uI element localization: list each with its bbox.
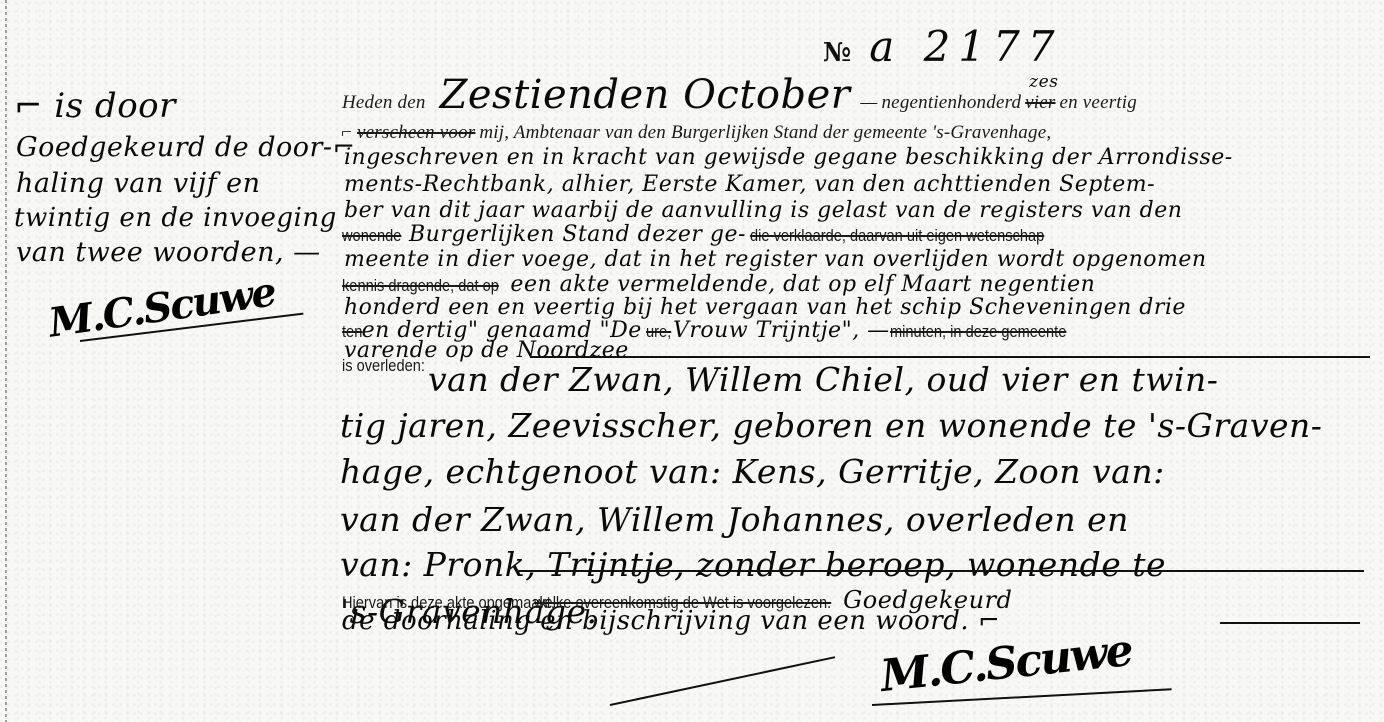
struck-verklaarde: die verklaarde, daarvan uit eigen wetens…: [750, 226, 1044, 246]
margin-rule: [5, 0, 7, 722]
official-line: ⌐ verscheen voor mij, Ambtenaar van den …: [340, 122, 1051, 144]
printed-heden-den: Heden den: [342, 92, 426, 113]
margin-note-line: haling van vijf en: [16, 168, 261, 199]
handwritten-line: ber van dit jaar waarbij de aanvulling i…: [344, 198, 1182, 223]
handwritten-line: meente in dier voege, dat in het registe…: [344, 247, 1207, 272]
struck-minuten: minuten, in deze gemeente: [890, 322, 1066, 342]
inserted-word-zes: zes: [1029, 72, 1058, 92]
handwritten-doorhaling: de doorhaling en bijschrijving van een w…: [342, 606, 1000, 636]
fill-line: [530, 356, 1370, 358]
dash: —: [860, 92, 877, 113]
record-number: № a 2177: [823, 22, 1063, 71]
handwritten-akte: een akte vermeldende, dat op elf Maart n…: [510, 272, 1095, 297]
deceased-line: van: Pronk, Trijntje, zonder beroep, won…: [340, 545, 1166, 584]
margin-note-line: ⌐ is door: [14, 86, 176, 126]
line-kennis: kennis dragende, dat op een akte vermeld…: [342, 272, 1095, 297]
handwritten-line: ments-Rechtbank, alhier, Eerste Kamer, v…: [344, 172, 1155, 197]
handwritten-date: Zestienden October: [440, 72, 851, 118]
margin-note-line: Goedgekeurd de door-⌐: [16, 132, 356, 163]
deceased-line: van der Zwan, Willem Chiel, oud vier en …: [428, 360, 1218, 399]
fill-line: [1220, 622, 1360, 624]
margin-note-line: twintig en de invoeging: [14, 203, 337, 233]
bracket-mark: ⌐: [340, 122, 353, 143]
date-line: Heden den Zestienden October — negentien…: [342, 72, 1137, 118]
struck-ure: ure,: [646, 322, 671, 342]
printed-en-veertig: en veertig: [1060, 92, 1137, 113]
deceased-line: hage, echtgenoot van: Kens, Gerritje, Zo…: [340, 452, 1165, 491]
fill-line: [516, 570, 1364, 572]
deceased-line: tig jaren, Zeevisscher, geboren en wonen…: [340, 406, 1322, 445]
struck-kennis-dragende: kennis dragende, dat op: [342, 276, 499, 296]
struck-verscheen-voor: verscheen voor: [357, 122, 475, 143]
margin-note-line: van twee woorden, —: [16, 237, 321, 268]
printed-official: mij, Ambtenaar van den Burgerlijken Stan…: [479, 122, 1051, 143]
struck-wonende: wonende: [342, 226, 401, 246]
handwritten-vrouw-trijntje: Vrouw Trijntje", —: [673, 318, 890, 343]
deceased-line: van der Zwan, Willem Johannes, overleden…: [340, 500, 1129, 539]
printed-is-overleden: is overleden:: [342, 356, 425, 376]
handwritten-line: ingeschreven en in kracht van gewijsde g…: [344, 145, 1233, 170]
struck-word-vier: vier: [1025, 92, 1055, 113]
printed-year: negentienhonderd: [881, 92, 1021, 113]
handwritten-line: honderd een en veertig bij het vergaan v…: [344, 295, 1186, 320]
line-wonende: wonende Burgerlijken Stand dezer ge- die…: [342, 222, 1092, 247]
number-sign: №: [823, 38, 851, 68]
record-number-value: a 2177: [869, 22, 1062, 71]
handwritten-burgerlijken: Burgerlijken Stand dezer ge-: [409, 222, 746, 247]
